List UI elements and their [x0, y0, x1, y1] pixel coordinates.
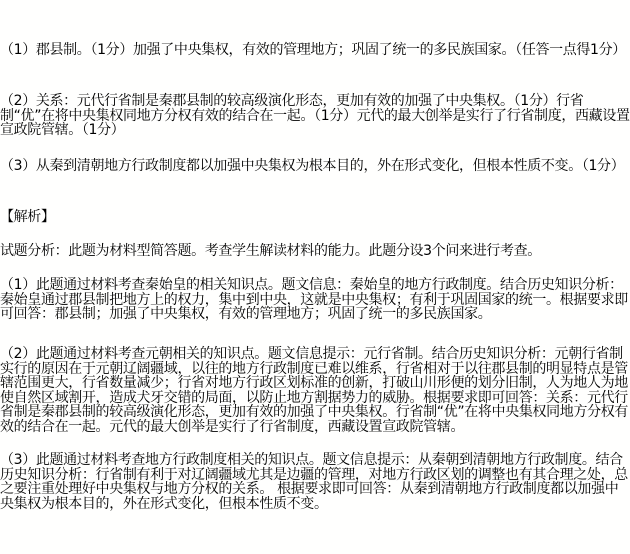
analysis-intro: 试题分析：此题为材料型简答题。考查学生解读材料的能力。此题分设3个问来进行考查。	[0, 244, 630, 259]
analysis-section-2: （2）此题通过材料考查元朝相关的知识点。题文信息提示：元行省制。结合历史知识分析…	[0, 347, 630, 434]
analysis-section-1: （1）此题通过材料考查秦始皇的相关知识点。题文信息：秦始皇的地方行政制度。结合历…	[0, 278, 630, 322]
analysis-section-3: （3）此题通过材料考查地方行政制度相关的知识点。题文信息提示：从秦朝到清朝地方行…	[0, 453, 630, 511]
answer-part-3: （3）从秦到清朝地方行政制度都以加强中央集权为根本目的，外在形式变化，但根本性质…	[0, 159, 630, 174]
answer-part-2: （2）关系：元代行省制是秦郡县制的较高级演化形态，更加有效的加强了中央集权。（1…	[0, 94, 630, 138]
analysis-heading: 【解析】	[0, 210, 630, 225]
answer-part-1: （1）郡县制。（1分）加强了中央集权，有效的管理地方；巩固了统一的多民族国家。（…	[0, 43, 630, 58]
